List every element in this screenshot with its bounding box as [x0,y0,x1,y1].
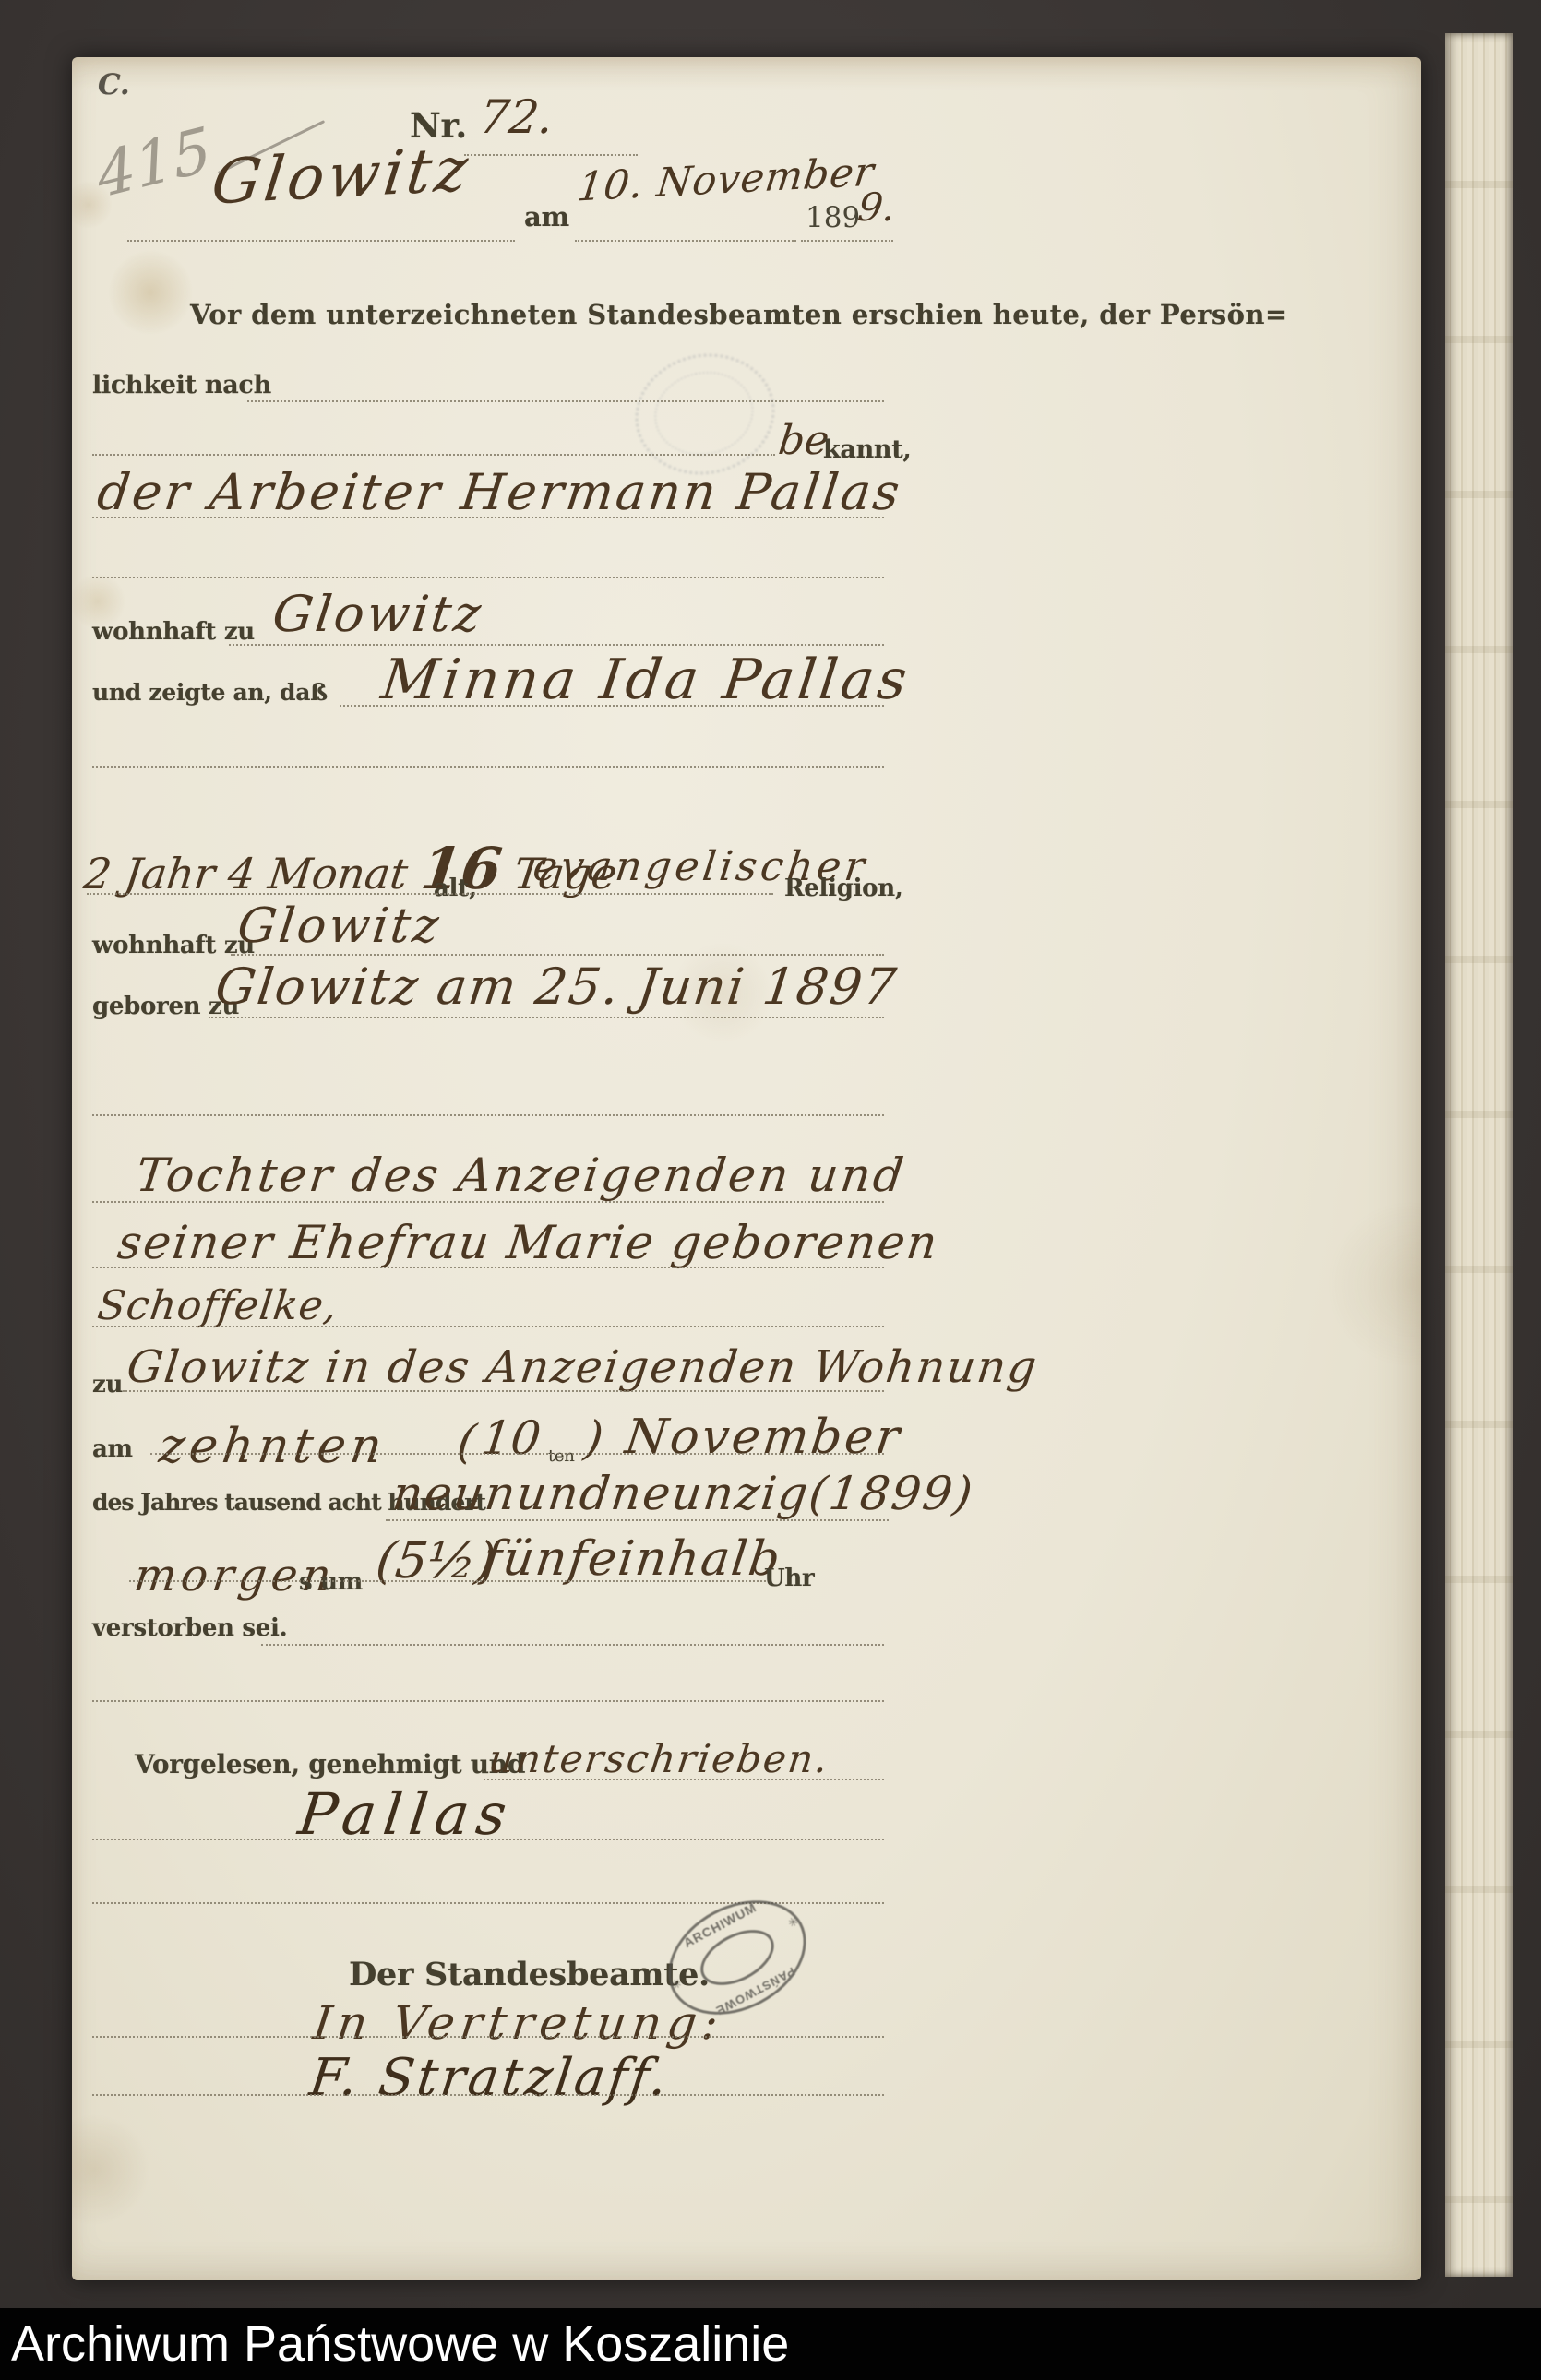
dotted-rule [464,154,638,156]
intro-line-2: lichkeit nach [92,371,271,399]
place-name-handwritten: Glowitz [208,133,475,218]
paren-open: ( [454,1415,479,1469]
page-edge-ripples [1445,33,1513,2277]
dotted-rule [87,893,773,895]
pencil-archival-number: 415 [92,113,215,212]
dotted-rule [92,2036,884,2038]
attest-label: Vorgelesen, genehmigt und [135,1749,525,1779]
dotted-rule [801,240,893,242]
book-page-edges [1445,33,1513,2277]
dotted-rule [340,705,884,707]
relation-line-3: Schoffelke, [95,1282,340,1329]
dotted-rule [209,1017,884,1018]
death-zu-label: zu [92,1371,123,1398]
dotted-rule [231,954,884,956]
faint-round-stamp-inner [647,363,761,464]
dotted-rule [261,1644,884,1646]
in-vertretung-handwritten: In Vertretung: [310,1996,726,2050]
year-handwritten: 9. [855,184,898,230]
birth-value-handwritten: Glowitz am 25. Juni 1897 [212,958,901,1016]
form-corner-letter: C. [98,68,129,101]
death-day-number: 10 [478,1411,544,1465]
residence-value: Glowitz [269,585,486,643]
attest-handwritten: unterschrieben. [486,1736,832,1781]
age-part1: 2 Jahr 4 Monat [81,849,411,898]
residence2-value: Glowitz [234,898,444,954]
dotted-rule [92,766,884,768]
archive-name-text: Archiwum Państwowe w Koszalinie [11,2315,789,2373]
deceased-name-handwritten: Minna Ida Pallas [378,648,914,712]
dotted-rule [92,1267,884,1268]
dotted-rule [150,1453,884,1455]
registrar-signature: F. Stratzlaff. [306,2048,673,2108]
archive-watermark-bar: Archiwum Państwowe w Koszalinie [0,2308,1541,2380]
death-month-handwritten: November [622,1410,905,1465]
dotted-rule [92,517,884,518]
dotted-rule [229,644,884,646]
dotted-rule [92,1326,884,1327]
record-number-value: 72. [476,90,556,144]
declarant-handwritten: der Arbeiter Hermann Pallas [94,463,905,521]
death-day-word: zehnten [156,1419,389,1474]
dotted-rule [92,1201,884,1203]
closing-statement: verstorben sei. [92,1614,287,1642]
relation-line-1: Tochter des Anzeigenden und [133,1148,909,1202]
report-label: und zeigte an, daß [92,679,328,706]
dotted-rule [386,1519,889,1521]
ten-suffix-printed: ten [548,1446,575,1466]
relation-line-2: seiner Ehefrau Marie geborenen [114,1216,941,1269]
intro-line-1: Vor dem unterzeichneten Standesbeamten e… [190,299,1288,330]
dotted-rule [92,1700,884,1702]
dotted-rule [92,2094,884,2096]
death-time-word: fünfeinhalb [480,1531,784,1587]
dotted-rule [129,1580,766,1582]
death-am-label: am [92,1435,133,1463]
religion-label: Religion, [784,875,903,902]
bekannt-printed: kannt, [823,435,912,464]
registrar-label: Der Standesbeamte. [349,1956,710,1993]
document-page: C. 415 Nr. 72. Glowitz am 10. November 1… [72,57,1421,2280]
dotted-rule [575,240,796,242]
death-place-handwritten: Glowitz in des Anzeigenden Wohnung [125,1341,1042,1393]
residence-label: wohnhaft zu [92,618,255,646]
dotted-rule [123,1390,884,1392]
dotted-rule [247,400,884,402]
dotted-rule [484,1779,884,1780]
dotted-rule [92,1839,884,1840]
year-printed: 189 [806,201,860,234]
dotted-rule [127,240,515,242]
dotted-rule [92,454,775,456]
am-label: am [524,201,569,232]
paren-close: ) [581,1411,606,1465]
scan-background: C. 415 Nr. 72. Glowitz am 10. November 1… [0,0,1541,2380]
s-um-label: s um [299,1568,363,1596]
dotted-rule [92,577,884,578]
dotted-rule [92,1114,884,1116]
death-year-handwritten: neunundneunzig(1899) [389,1467,977,1520]
uhr-label: Uhr [764,1565,814,1592]
